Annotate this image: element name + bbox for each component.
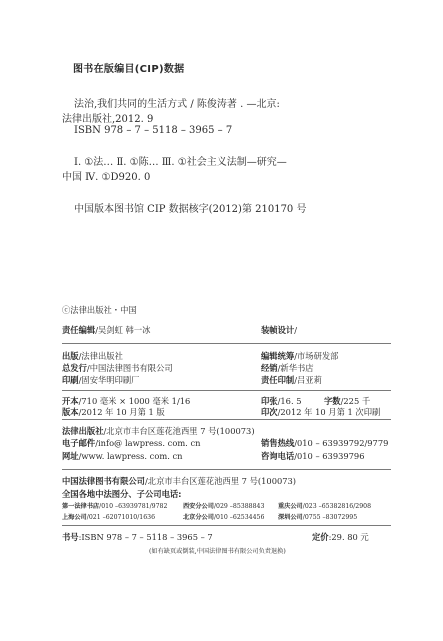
divider bbox=[62, 469, 391, 470]
branch-item: 上海公司/021 –62071010/1636 bbox=[62, 512, 155, 521]
divider bbox=[62, 390, 391, 391]
seller-value: /新华书店 bbox=[278, 363, 314, 373]
words-value: /225 千 bbox=[341, 396, 371, 406]
credits-row: 责任编辑/吴剑虹 韩一冰 装帧设计/ bbox=[62, 324, 391, 336]
coordination-value: /市场研发部 bbox=[294, 351, 338, 361]
editors-label: 责任编辑 bbox=[62, 325, 95, 335]
editors-value: /吴剑虹 韩一冰 bbox=[95, 325, 150, 335]
sales-label: 销售热线 bbox=[261, 438, 294, 448]
company-value: /北京市丰台区莲花池西里 7 号(100073) bbox=[145, 476, 296, 486]
isbn-value: :ISBN 978 – 7 – 5118 – 3965 – 7 bbox=[79, 532, 213, 542]
print-supervisor-label: 责任印制 bbox=[261, 375, 294, 385]
divider bbox=[62, 343, 391, 344]
branch-item: 西安分公司/029 –85388843 bbox=[183, 501, 264, 510]
return-policy-note: (如有缺页或倒装,中国法律图书有限公司负责退换) bbox=[149, 546, 286, 555]
company-label: 中国法律图书有限公司 bbox=[62, 476, 145, 486]
email-label: 电子邮件 bbox=[62, 438, 95, 448]
divider bbox=[62, 419, 391, 420]
cip-verification-number: 中国版本图书馆 CIP 数据核字(2012)第 210170 号 bbox=[74, 200, 306, 215]
publisher-row: 出版/法律出版社 编辑统筹/市场研发部 bbox=[62, 350, 391, 362]
seller-label: 经销 bbox=[261, 363, 278, 373]
printing-value: /2012 年 10 月第 1 次印刷 bbox=[278, 407, 381, 417]
consult-label: 咨询电话 bbox=[261, 451, 294, 461]
format-value: /710 毫米 × 1000 毫米 1/16 bbox=[79, 396, 191, 406]
sales-value: /010 – 63939792/9779 bbox=[294, 438, 388, 448]
branches-heading: 全国各地中法图分、子公司电话: bbox=[62, 488, 391, 500]
distributor-value: /中国法律图书有限公司 bbox=[87, 363, 173, 373]
press-address-row: 法律出版社/北京市丰台区莲花池西里 7 号(100073) bbox=[62, 425, 391, 437]
branch-item: 北京分公司/010 –62534456 bbox=[183, 512, 264, 521]
design-label: 装帧设计 bbox=[261, 325, 294, 335]
branch-item: 重庆公司/023 –65382816/2908 bbox=[278, 501, 371, 510]
price-label: 定价 bbox=[312, 532, 329, 542]
format-label: 开本 bbox=[62, 396, 79, 406]
publisher-value: /法律出版社 bbox=[79, 351, 123, 361]
publisher-label: 出版 bbox=[62, 351, 79, 361]
press-value: /北京市丰台区莲花池西里 7 号(100073) bbox=[104, 426, 255, 436]
email-row: 电子邮件/info@ lawpress. com. cn 销售热线/010 – … bbox=[62, 437, 391, 449]
consult-value: /010 – 63939796 bbox=[294, 451, 364, 461]
divider bbox=[62, 525, 391, 526]
printer-row: 印刷/固安华明印刷厂 责任印制/吕亚莉 bbox=[62, 374, 391, 386]
price-value: :29. 80 元 bbox=[329, 532, 369, 542]
isbn-label: 书号 bbox=[62, 532, 79, 542]
sheets-label: 印张 bbox=[261, 396, 278, 406]
company-address-row: 中国法律图书有限公司/北京市丰台区莲花池西里 7 号(100073) bbox=[62, 475, 391, 487]
email-value: /info@ lawpress. com. cn bbox=[95, 438, 200, 448]
printer-value: /固安华明印刷厂 bbox=[79, 375, 140, 385]
cip-classification-line1: Ⅰ. ①法… Ⅱ. ①陈… Ⅲ. ①社会主义法制—研究— bbox=[74, 153, 287, 168]
distributor-row: 总发行/中国法律图书有限公司 经销/新华书店 bbox=[62, 362, 391, 374]
distributor-label: 总发行 bbox=[62, 363, 87, 373]
cip-record-line2: 法律出版社,2012. 9 bbox=[62, 110, 153, 125]
design-value: / bbox=[294, 325, 297, 335]
press-label: 法律出版社 bbox=[62, 426, 104, 436]
website-value: /www. lawpress. com. cn bbox=[79, 451, 183, 461]
branch-item: 第一法律书店/010 –63939781/9782 bbox=[62, 501, 167, 510]
edition-row: 版本/2012 年 10 月第 1 版 印次/2012 年 10 月第 1 次印… bbox=[62, 406, 391, 418]
printer-label: 印刷 bbox=[62, 375, 79, 385]
cip-isbn: ISBN 978 – 7 – 5118 – 3965 – 7 bbox=[74, 125, 232, 136]
cip-record-line1: 法治,我们共同的生活方式 / 陈俊涛著 . —北京: bbox=[74, 95, 280, 110]
sheets-value: /16. 5 bbox=[278, 396, 302, 406]
branch-item: 深圳公司/0755 –83072995 bbox=[278, 512, 357, 521]
footer-isbn-row: 书号:ISBN 978 – 7 – 5118 – 3965 – 7 定价:29.… bbox=[62, 531, 391, 543]
copyright-notice: ⓒ法律出版社・中国 bbox=[62, 304, 137, 316]
printing-label: 印次 bbox=[261, 407, 278, 417]
coordination-label: 编辑统筹 bbox=[261, 351, 294, 361]
website-label: 网址 bbox=[62, 451, 79, 461]
website-row: 网址/www. lawpress. com. cn 咨询电话/010 – 639… bbox=[62, 450, 391, 462]
edition-value: /2012 年 10 月第 1 版 bbox=[79, 407, 165, 417]
edition-label: 版本 bbox=[62, 407, 79, 417]
cip-title: 图书在版编目(CIP)数据 bbox=[73, 60, 184, 75]
cip-classification-line2: 中国 Ⅳ. ①D920. 0 bbox=[62, 168, 150, 183]
print-supervisor-value: /吕亚莉 bbox=[294, 375, 322, 385]
words-label: 字数 bbox=[324, 396, 341, 406]
